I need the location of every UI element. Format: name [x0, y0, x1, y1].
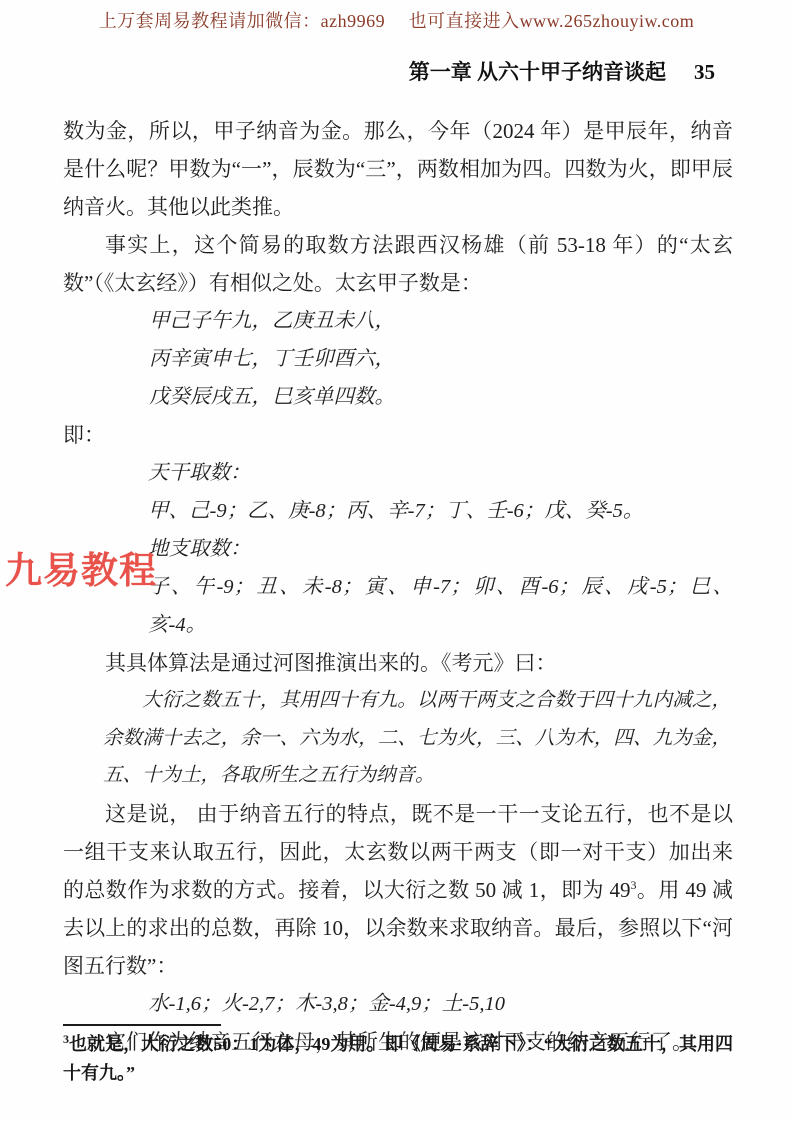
page-number: 35: [694, 60, 715, 85]
paragraph-explanation: 这是说， 由于纳音五行的特点，既不是一干一支论五行，也不是以一组干支来认取五行，…: [63, 795, 733, 985]
document-page: 上万套周易教程请加微信：azh9969 也可直接进入www.265zhouyiw…: [0, 0, 793, 1121]
hetu-five-elements-values: 水-1,6；火-2,7；木-3,8；金-4,9；土-5,10: [148, 985, 733, 1023]
footnote-text: 3也就是，大衍之数50：1为体，49为用。即《周易·系辞下》：“大衍之数五十，其…: [63, 1030, 733, 1087]
body-text-column: 数为金，所以，甲子纳音为金。那么，今年（2024 年）是甲辰年，纳音是什么呢？甲…: [63, 112, 733, 1061]
footnote-body: 也就是，大衍之数50：1为体，49为用。即《周易·系辞下》：“大衍之数五十，其用…: [63, 1034, 733, 1083]
kaoyuan-quote: 大衍之数五十，其用四十有九。以两干两支之合数于四十九内减之，余数满十去之，余一、…: [103, 682, 731, 795]
paragraph-hetu-method: 其具体算法是通过河图推演出来的。《考元》曰：: [63, 644, 733, 682]
footnote-divider: [63, 1024, 221, 1026]
heavenly-stems-label: 天干取数：: [148, 454, 733, 492]
paragraph-taixuan-intro: 事实上，这个简易的取数方法跟西汉杨雄（前 53-18 年）的“太玄数”（《太玄经…: [63, 226, 733, 302]
earthly-branches-values: 子、午-9；丑、未-8；寅、申-7；卯、酉-6；辰、戌-5；巳、亥-4。: [148, 568, 733, 644]
chapter-running-head: 第一章 从六十甲子纳音谈起 35: [409, 56, 715, 86]
promo-header-note: 上万套周易教程请加微信：azh9969 也可直接进入www.265zhouyiw…: [0, 7, 793, 33]
verse-line: 甲己子午九，乙庚丑未八，: [149, 302, 733, 340]
footnote-block: 3也就是，大衍之数50：1为体，49为用。即《周易·系辞下》：“大衍之数五十，其…: [63, 1024, 733, 1087]
label-that-is: 即：: [63, 416, 733, 454]
watermark-logo: 九易教程: [5, 540, 157, 594]
verse-line: 戊癸辰戌五，巳亥单四数。: [149, 378, 733, 416]
verse-line: 丙辛寅申七，丁壬卯酉六，: [149, 340, 733, 378]
chapter-title: 第一章 从六十甲子纳音谈起: [409, 56, 666, 86]
paragraph-nayin-example: 数为金，所以，甲子纳音为金。那么，今年（2024 年）是甲辰年，纳音是什么呢？甲…: [63, 112, 733, 226]
earthly-branches-label: 地支取数：: [148, 530, 733, 568]
heavenly-stems-values: 甲、己-9；乙、庚-8；丙、辛-7；丁、壬-6；戊、癸-5。: [148, 492, 733, 530]
